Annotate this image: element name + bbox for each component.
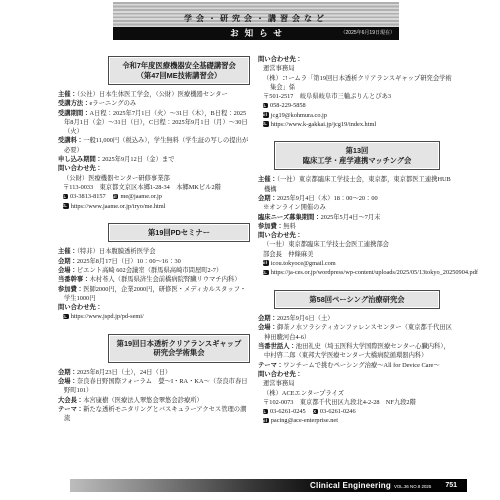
contact-entry: mailme@jaame.or.jp — [113, 193, 162, 200]
column-right: 問い合わせ先：運営事務局（株）コームラ「第19回日本透析クリアランスギャップ研究… — [258, 55, 454, 426]
info-label: 主催： — [58, 91, 77, 98]
contact-value: https://ja-ces.or.jp/wordpress/wp-conten… — [271, 269, 478, 276]
magazine-page: 学会・研究会・講習会など お知らせ （2025年6月19日現在） 令和7年度医療… — [0, 0, 500, 500]
info-line: 会期：2025年9月4日（木）18：00～20：00 — [258, 194, 454, 203]
contact-value: 03-6261-0245 — [270, 408, 306, 415]
info-line: 〒501-2517 岐阜県岐阜市三輪ぷりんとぴあ3 — [258, 92, 454, 101]
info-text: 一般11,000円（税込み），学生無料（学生証の写しの提出が必要） — [64, 137, 248, 153]
info-text: （公社）日本生体医工学会，（公財）医療機器センター — [77, 91, 228, 98]
info-text: 医師2000円，企業2000円，研修医・メディカルスタッフ・学生1000円 — [64, 286, 246, 302]
info-label: 申し込み期間： — [58, 156, 102, 163]
mail-badge: mail — [113, 194, 119, 200]
section-title-line: （第47回ME技術講習会） — [112, 71, 246, 81]
info-label: 主催： — [258, 176, 277, 183]
info-line: mailicou.tokyoce@gmail.com — [258, 259, 454, 268]
info-text: ワンチームで挑むペーシング治療～All for Device Care～ — [283, 362, 439, 369]
contact-entry: mailjcg19@kohmura.co.jp — [263, 112, 327, 119]
info-text: 2025年9月12日（金）まで — [102, 156, 174, 163]
section-title-box: 第58回ペーシング治療研究会 — [274, 290, 440, 310]
info-line: （公財）医療機器センター研修事業部 — [58, 174, 252, 183]
info-text: （公財）医療機器センター研修事業部 — [63, 175, 170, 182]
contact-value: me@jaame.or.jp — [120, 193, 161, 200]
section-title-line: 臨床工学・産学連携マッチング会 — [278, 156, 436, 166]
url-badge: URL — [63, 203, 69, 209]
info-line: URLhttps://www.jaame.or.jp/iryo/me.html — [58, 202, 252, 211]
contact-value: https://www.k-gakkai.jp/jcg19/index.html — [271, 121, 376, 128]
section-title-box: 第13回臨床工学・産学連携マッチング会 — [274, 141, 440, 170]
info-text: 御茶ノ水ソラシティカンファレンスセンター（東京都千代田区神田駿河台4-6） — [264, 324, 452, 340]
info-label: 参加費： — [58, 286, 83, 293]
section-title-line: 第19回PDセミナー — [112, 228, 246, 238]
info-text: 本宮康樹（医療法人翠悠会翠悠会診療所） — [83, 397, 203, 404]
mail-badge: mail — [263, 418, 269, 424]
info-line: mailpacing@ace-enterprise.net — [258, 416, 454, 425]
info-text: 2025年9月4日（木）18：00～20：00 — [277, 195, 378, 202]
category-stripe-banner: 学会・研究会・講習会など — [113, 2, 399, 27]
contact-value: 03-3813-8157 — [70, 193, 106, 200]
category-title: 学会・研究会・講習会など — [184, 13, 328, 27]
info-label: 問い合わせ先： — [258, 371, 302, 378]
info-text: 木村苓人（群馬県済生会前橋病院腎臓リウマチ内科） — [89, 276, 240, 283]
contact-entry: URLhttps://www.jspd.jp/pd-semi/ — [63, 313, 144, 320]
info-text: 〒113-0033 東京都文京区本郷1-28-34 本郷MKビル2階 — [63, 184, 221, 191]
contact-entry: TEL03-6261-0245 — [263, 408, 306, 415]
tel-badge: TEL — [263, 409, 268, 415]
contact-entry: URLhttps://ja-ces.or.jp/wordpress/wp-con… — [263, 269, 478, 276]
info-text: （特非）日本腹膜透析医学会 — [77, 248, 156, 255]
section-title-line: 第58回ペーシング治療研究会 — [278, 295, 436, 305]
section-title-line: 第13回 — [278, 146, 436, 156]
contact-entry: URLhttps://www.k-gakkai.jp/jcg19/index.h… — [263, 121, 376, 128]
info-text: 2025年8月23日（土），24日（日） — [77, 369, 171, 376]
info-line: ※オンライン開催のみ — [258, 203, 454, 212]
info-line: 会期：2025年9月6日（土） — [258, 314, 454, 323]
info-text: 2025年9月6日（土） — [277, 315, 334, 322]
contact-entry: FAX03-6261-0246 — [313, 408, 356, 415]
info-line: テーマ：新たな透析モニタリングとバスキュラーアクセス管理の潮流 — [58, 405, 252, 424]
info-line: 部会長 仲條麻美 — [258, 250, 454, 259]
contact-value: https://www.jspd.jp/pd-semi/ — [71, 313, 144, 320]
info-line: 参加費：医師2000円，企業2000円，研修医・メディカルスタッフ・学生1000… — [58, 285, 252, 304]
contact-value: pacing@ace-enterprise.net — [271, 417, 338, 424]
column-left: 令和7年度医療機器安全基礎講習会（第47回ME技術講習会）主催：（公社）日本生体… — [58, 55, 252, 424]
section-title-line: 研究会学術集会 — [112, 348, 246, 358]
notice-date: （2025年6月19日現在） — [341, 27, 395, 40]
info-label: 会期： — [58, 369, 77, 376]
info-text: 2025年5月4日～7月末 — [321, 214, 381, 221]
info-text: （一社）東京都臨床工学技士会医工連携部会 — [263, 241, 389, 248]
info-line: （株）コームラ「第19回日本透析クリアランスギャップ研究会学術集会」係 — [258, 74, 454, 93]
notice-bar: お知らせ （2025年6月19日現在） — [113, 27, 399, 40]
info-text: 運営事務局 — [263, 380, 294, 387]
journal-issue: VOL.36 NO.8 2025 — [394, 484, 431, 489]
info-text: （一社）東京都臨床工学技士会，東京都，東京都医工連携HUB機構 — [264, 176, 451, 192]
info-label: 会期： — [258, 315, 277, 322]
info-label: 会期： — [258, 195, 277, 202]
info-label: 大会長： — [58, 397, 83, 404]
info-line: 申し込み期間：2025年9月12日（金）まで — [58, 155, 252, 164]
info-line: 問い合わせ先： — [258, 231, 454, 240]
info-line: （株）ACEエンタープライズ — [258, 389, 454, 398]
contact-value: 058-229-5858 — [270, 102, 306, 109]
section-title-box: 第19回日本透析クリアランスギャップ研究会学術集会 — [108, 334, 250, 363]
info-label: 受講方法： — [58, 100, 89, 107]
info-line: URLhttps://www.jspd.jp/pd-semi/ — [58, 312, 252, 321]
contact-entry: TEL058-229-5858 — [263, 102, 306, 109]
info-label: 当番幹事： — [58, 276, 89, 283]
url-badge: URL — [263, 270, 269, 276]
info-line: 参加費：無料 — [258, 222, 454, 231]
info-line: 問い合わせ先： — [58, 164, 252, 173]
contact-value: 03-6261-0246 — [320, 408, 356, 415]
info-line: 大会長：本宮康樹（医療法人翠悠会翠悠会診療所） — [58, 396, 252, 405]
mail-badge: mail — [263, 260, 269, 266]
url-badge: URL — [263, 121, 269, 127]
footer-bar: Clinical Engineering VOL.36 NO.8 2025 75… — [70, 479, 467, 492]
info-line: 問い合わせ先： — [258, 370, 454, 379]
info-line: TEL058-229-5858 — [258, 101, 454, 110]
info-label: テーマ： — [58, 406, 83, 413]
info-line: 運営事務局 — [258, 64, 454, 73]
info-label: 受講期間： — [58, 110, 89, 117]
info-line: 臨床ニーズ募集期間：2025年5月4日～7月末 — [258, 213, 454, 222]
mail-badge: mail — [263, 112, 269, 118]
info-text: 奈良春日野国際フォーラム 甍～I・RA・KA～（奈良市春日野町101） — [64, 378, 248, 394]
info-line: 主催：（一社）東京都臨床工学技士会，東京都，東京都医工連携HUB機構 — [258, 175, 454, 194]
info-line: 運営事務局 — [258, 379, 454, 388]
contact-entry: URLhttps://www.jaame.or.jp/iryo/me.html — [63, 203, 165, 210]
info-line: 会期：2025年8月17日（日）10：00～16：30 — [58, 257, 252, 266]
info-label: 会場： — [58, 378, 77, 385]
info-line: 当番幹事：木村苓人（群馬県済生会前橋病院腎臓リウマチ内科） — [58, 275, 252, 284]
info-line: 会期：2025年8月23日（土），24日（日） — [58, 368, 252, 377]
info-text: 〒102-0073 東京都千代田区九段北4-2-28 NF九段2階 — [263, 399, 416, 406]
info-line: 受講料：一般11,000円（税込み），学生無料（学生証の写しの提出が必要） — [58, 136, 252, 155]
contact-value: jcg19@kohmura.co.jp — [271, 112, 327, 119]
info-line: mailjcg19@kohmura.co.jp — [258, 111, 454, 120]
info-text: 無料 — [283, 223, 296, 230]
info-label: 問い合わせ先： — [258, 232, 302, 239]
info-label: 問い合わせ先： — [58, 304, 102, 311]
fax-badge: FAX — [313, 409, 318, 415]
info-label: 臨床ニーズ募集期間： — [258, 214, 321, 221]
info-label: 参加費： — [258, 223, 283, 230]
section-title-line: 第19回日本透析クリアランスギャップ — [112, 339, 246, 349]
info-line: URLhttps://www.k-gakkai.jp/jcg19/index.h… — [258, 120, 454, 129]
info-line: 主催：（公社）日本生体医工学会，（公財）医療機器センター — [58, 90, 252, 99]
info-text: ビエント高崎 602会議室（群馬県高崎市問屋町2-7） — [77, 267, 222, 274]
info-line: 問い合わせ先： — [58, 303, 252, 312]
info-text: （株）ACEエンタープライズ — [263, 390, 344, 397]
info-line: TEL03-3813-8157mailme@jaame.or.jp — [58, 192, 252, 201]
info-text: 新たな透析モニタリングとバスキュラーアクセス管理の潮流 — [64, 406, 246, 422]
info-line: 当番世話人：池田礼史（埼玉医科大学国際医療センター心臓内科），中村啓二郎（東邦大… — [258, 342, 454, 361]
info-line: 受講方法：eラーニングのみ — [58, 99, 252, 108]
info-label: 当番世話人： — [258, 343, 296, 350]
journal-logo: Clinical Engineering — [310, 481, 391, 490]
info-label: テーマ： — [258, 362, 283, 369]
info-text: A日程：2025年7月1日（火）～31日（木），B日程：2025年8月1日（金）… — [64, 110, 248, 136]
info-text: eラーニングのみ — [89, 100, 136, 107]
info-line: 主催：（特非）日本腹膜透析医学会 — [58, 247, 252, 256]
page-number: 751 — [445, 482, 457, 489]
info-line: 会場：ビエント高崎 602会議室（群馬県高崎市問屋町2-7） — [58, 266, 252, 275]
info-label: 会期： — [58, 258, 77, 265]
info-text: 〒501-2517 岐阜県岐阜市三輪ぷりんとぴあ3 — [263, 93, 391, 100]
contact-value: icou.tokyoce@gmail.com — [271, 260, 336, 267]
tel-badge: TEL — [263, 103, 268, 109]
info-label: 問い合わせ先： — [258, 56, 302, 63]
info-text: （株）コームラ「第19回日本透析クリアランスギャップ研究会学術集会」係 — [263, 75, 452, 91]
contact-entry: mailicou.tokyoce@gmail.com — [263, 260, 336, 267]
info-line: URLhttps://ja-ces.or.jp/wordpress/wp-con… — [258, 268, 454, 277]
info-line: TEL03-6261-0245FAX03-6261-0246 — [258, 407, 454, 416]
section-title-box: 第19回PDセミナー — [108, 223, 250, 243]
info-line: 〒102-0073 東京都千代田区九段北4-2-28 NF九段2階 — [258, 398, 454, 407]
info-line: 〒113-0033 東京都文京区本郷1-28-34 本郷MKビル2階 — [58, 183, 252, 192]
info-label: 受講料： — [58, 137, 83, 144]
info-line: テーマ：ワンチームで挑むペーシング治療～All for Device Care～ — [258, 361, 454, 370]
info-text: 2025年8月17日（日）10：00～16：30 — [77, 258, 181, 265]
info-label: 問い合わせ先： — [58, 165, 102, 172]
contact-entry: mailpacing@ace-enterprise.net — [263, 417, 338, 424]
info-line: 受講期間：A日程：2025年7月1日（火）～31日（木），B日程：2025年8月… — [58, 109, 252, 137]
info-text: 部会長 仲條麻美 — [263, 251, 313, 258]
info-line: 問い合わせ先： — [258, 55, 454, 64]
info-label: 主催： — [58, 248, 77, 255]
section-title-line: 令和7年度医療機器安全基礎講習会 — [112, 61, 246, 71]
contact-entry: TEL03-3813-8157 — [63, 193, 106, 200]
info-label: 会場： — [58, 267, 77, 274]
info-line: 会場：御茶ノ水ソラシティカンファレンスセンター（東京都千代田区神田駿河台4-6） — [258, 323, 454, 342]
info-label: 会場： — [258, 324, 277, 331]
info-text: ※オンライン開催のみ — [263, 204, 326, 211]
info-line: （一社）東京都臨床工学技士会医工連携部会 — [258, 240, 454, 249]
url-badge: URL — [63, 314, 69, 320]
info-text: 運営事務局 — [263, 65, 294, 72]
section-title-box: 令和7年度医療機器安全基礎講習会（第47回ME技術講習会） — [108, 56, 250, 85]
contact-value: https://www.jaame.or.jp/iryo/me.html — [71, 203, 166, 210]
info-line: 会場：奈良春日野国際フォーラム 甍～I・RA・KA～（奈良市春日野町101） — [58, 377, 252, 396]
tel-badge: TEL — [63, 194, 68, 200]
